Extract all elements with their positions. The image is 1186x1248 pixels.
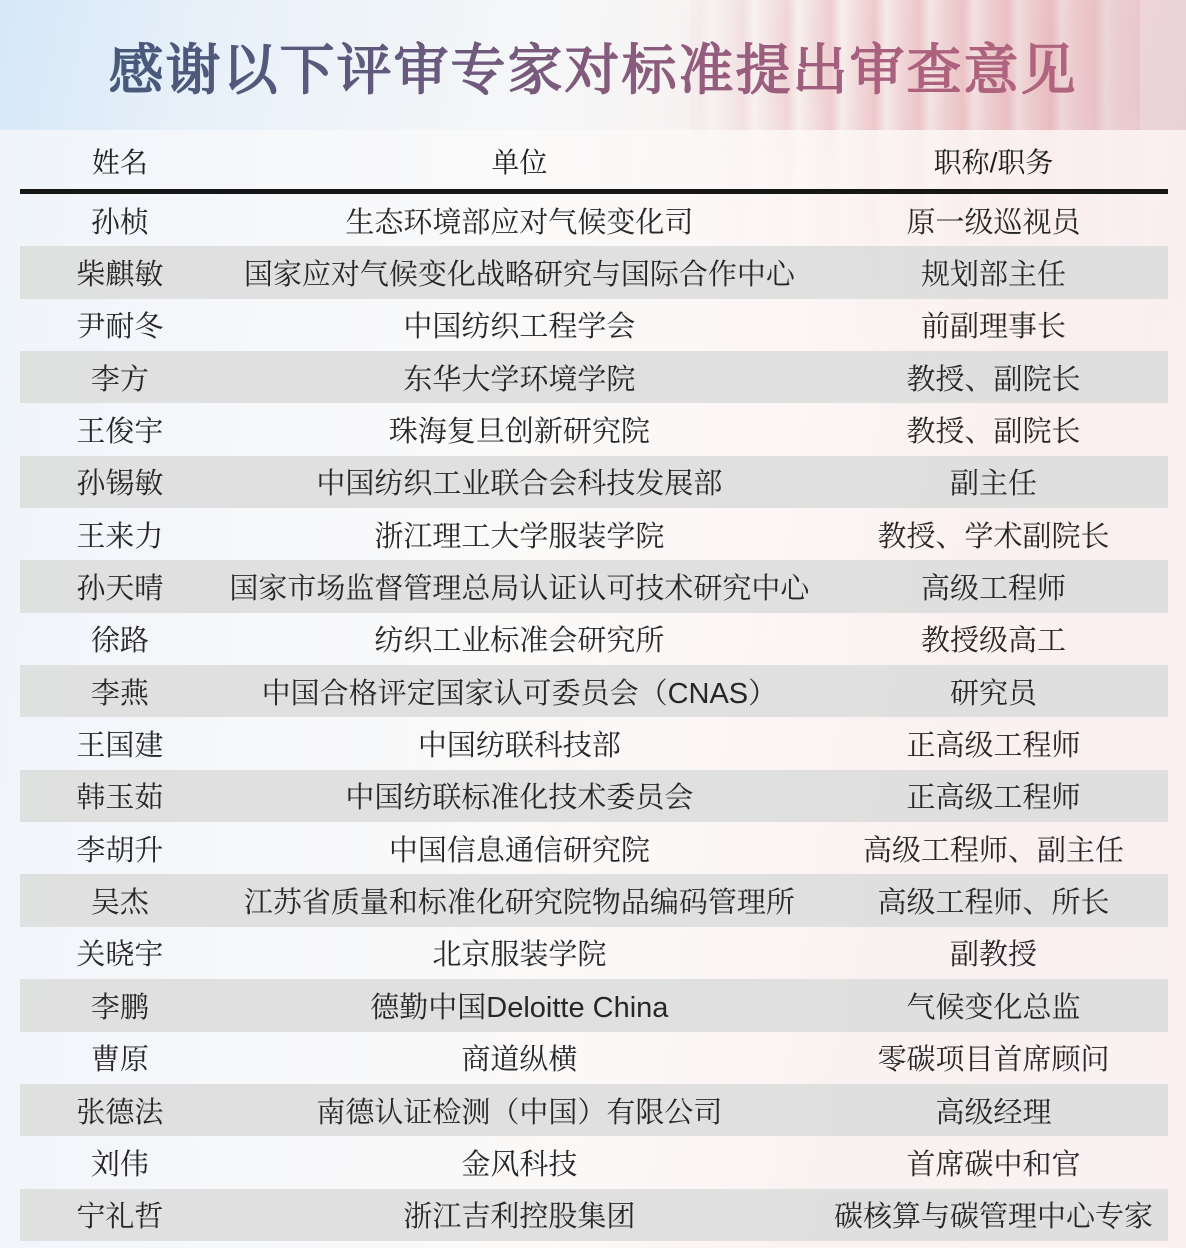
table-row: 张德法南德认证检测（中国）有限公司高级经理 xyxy=(20,1084,1168,1136)
expert-name-cell: 宁礼哲 xyxy=(20,1194,220,1235)
expert-role-cell: 首席碳中和官 xyxy=(819,1142,1168,1183)
expert-org-cell: 浙江吉利控股集团 xyxy=(220,1194,819,1235)
expert-role-cell: 前副理事长 xyxy=(819,304,1168,345)
expert-role-cell: 原一级巡视员 xyxy=(819,200,1168,241)
expert-role-cell: 高级工程师 xyxy=(819,566,1168,607)
expert-name-cell: 柴麒敏 xyxy=(20,252,220,293)
expert-role-cell: 零碳项目首席顾问 xyxy=(819,1037,1168,1078)
table-row: 孙锡敏中国纺织工业联合会科技发展部副主任 xyxy=(20,456,1168,508)
table-row: 吴杰江苏省质量和标准化研究院物品编码管理所高级工程师、所长 xyxy=(20,874,1168,926)
expert-org-cell: 江苏省质量和标准化研究院物品编码管理所 xyxy=(220,880,819,921)
expert-org-cell: 中国纺织工程学会 xyxy=(220,304,819,345)
expert-name-cell: 李胡升 xyxy=(20,828,220,869)
expert-name-cell: 徐路 xyxy=(20,618,220,659)
table-row: 刘伟金风科技首席碳中和官 xyxy=(20,1136,1168,1188)
table-row: 李燕中国合格评定国家认可委员会（CNAS）研究员 xyxy=(20,665,1168,717)
table-row: 韩玉茹中国纺联标准化技术委员会正高级工程师 xyxy=(20,770,1168,822)
table-row: 李胡升中国信息通信研究院高级工程师、副主任 xyxy=(20,822,1168,874)
expert-role-cell: 研究员 xyxy=(819,671,1168,712)
expert-role-cell: 教授、副院长 xyxy=(819,357,1168,398)
table-row: 孙桢生态环境部应对气候变化司原一级巡视员 xyxy=(20,194,1168,246)
expert-name-cell: 刘伟 xyxy=(20,1142,220,1183)
expert-org-cell: 中国合格评定国家认可委员会（CNAS） xyxy=(220,671,819,712)
table-row: 王国建中国纺联科技部正高级工程师 xyxy=(20,717,1168,769)
expert-org-cell: 中国纺联科技部 xyxy=(220,723,819,764)
expert-role-cell: 教授、学术副院长 xyxy=(819,514,1168,555)
expert-org-cell: 商道纵横 xyxy=(220,1037,819,1078)
expert-name-cell: 王俊宇 xyxy=(20,409,220,450)
expert-name-cell: 李燕 xyxy=(20,671,220,712)
table-row: 宁礼哲浙江吉利控股集团碳核算与碳管理中心专家 xyxy=(20,1189,1168,1241)
table-row: 李鹏德勤中国Deloitte China气候变化总监 xyxy=(20,979,1168,1031)
experts-table: 姓名 单位 职称/职务 孙桢生态环境部应对气候变化司原一级巡视员柴麒敏国家应对气… xyxy=(20,132,1168,1241)
expert-role-cell: 高级工程师、副主任 xyxy=(819,828,1168,869)
expert-role-cell: 高级经理 xyxy=(819,1090,1168,1131)
expert-role-cell: 碳核算与碳管理中心专家 xyxy=(819,1194,1168,1235)
expert-org-cell: 北京服装学院 xyxy=(220,932,819,973)
expert-role-cell: 气候变化总监 xyxy=(819,985,1168,1026)
expert-name-cell: 韩玉茹 xyxy=(20,775,220,816)
expert-name-cell: 尹耐冬 xyxy=(20,304,220,345)
expert-name-cell: 王国建 xyxy=(20,723,220,764)
header-org: 单位 xyxy=(220,141,819,181)
expert-role-cell: 正高级工程师 xyxy=(819,723,1168,764)
expert-name-cell: 吴杰 xyxy=(20,880,220,921)
page-title: 感谢以下评审专家对标准提出审查意见 xyxy=(0,26,1186,105)
expert-org-cell: 德勤中国Deloitte China xyxy=(220,985,819,1026)
expert-role-cell: 教授、副院长 xyxy=(819,409,1168,450)
expert-org-cell: 东华大学环境学院 xyxy=(220,357,819,398)
table-row: 关晓宇北京服装学院副教授 xyxy=(20,927,1168,979)
expert-name-cell: 李鹏 xyxy=(20,985,220,1026)
expert-name-cell: 李方 xyxy=(20,357,220,398)
expert-role-cell: 正高级工程师 xyxy=(819,775,1168,816)
expert-org-cell: 国家应对气候变化战略研究与国际合作中心 xyxy=(220,252,819,293)
expert-org-cell: 国家市场监督管理总局认证认可技术研究中心 xyxy=(220,566,819,607)
expert-role-cell: 副教授 xyxy=(819,932,1168,973)
expert-org-cell: 中国纺织工业联合会科技发展部 xyxy=(220,461,819,502)
table-row: 王俊宇珠海复旦创新研究院教授、副院长 xyxy=(20,403,1168,455)
table-row: 曹原商道纵横零碳项目首席顾问 xyxy=(20,1032,1168,1084)
table-row: 尹耐冬中国纺织工程学会前副理事长 xyxy=(20,299,1168,351)
header-name: 姓名 xyxy=(20,141,220,181)
expert-org-cell: 金风科技 xyxy=(220,1142,819,1183)
expert-name-cell: 孙锡敏 xyxy=(20,461,220,502)
table-row: 王来力浙江理工大学服装学院教授、学术副院长 xyxy=(20,508,1168,560)
expert-name-cell: 关晓宇 xyxy=(20,932,220,973)
expert-name-cell: 曹原 xyxy=(20,1037,220,1078)
expert-org-cell: 南德认证检测（中国）有限公司 xyxy=(220,1090,819,1131)
table-row: 柴麒敏国家应对气候变化战略研究与国际合作中心规划部主任 xyxy=(20,246,1168,298)
table-row: 孙天晴国家市场监督管理总局认证认可技术研究中心高级工程师 xyxy=(20,560,1168,612)
expert-role-cell: 副主任 xyxy=(819,461,1168,502)
expert-role-cell: 高级工程师、所长 xyxy=(819,880,1168,921)
header-role: 职称/职务 xyxy=(819,141,1168,181)
expert-org-cell: 中国纺联标准化技术委员会 xyxy=(220,775,819,816)
table-body: 孙桢生态环境部应对气候变化司原一级巡视员柴麒敏国家应对气候变化战略研究与国际合作… xyxy=(20,194,1168,1241)
expert-role-cell: 规划部主任 xyxy=(819,252,1168,293)
expert-name-cell: 孙桢 xyxy=(20,200,220,241)
expert-name-cell: 王来力 xyxy=(20,514,220,555)
expert-org-cell: 生态环境部应对气候变化司 xyxy=(220,200,819,241)
expert-org-cell: 珠海复旦创新研究院 xyxy=(220,409,819,450)
table-header-row: 姓名 单位 职称/职务 xyxy=(20,132,1168,189)
table-row: 李方东华大学环境学院教授、副院长 xyxy=(20,351,1168,403)
expert-role-cell: 教授级高工 xyxy=(819,618,1168,659)
expert-org-cell: 纺织工业标准会研究所 xyxy=(220,618,819,659)
expert-org-cell: 中国信息通信研究院 xyxy=(220,828,819,869)
expert-org-cell: 浙江理工大学服装学院 xyxy=(220,514,819,555)
table-row: 徐路纺织工业标准会研究所教授级高工 xyxy=(20,613,1168,665)
expert-name-cell: 张德法 xyxy=(20,1090,220,1131)
expert-name-cell: 孙天晴 xyxy=(20,566,220,607)
